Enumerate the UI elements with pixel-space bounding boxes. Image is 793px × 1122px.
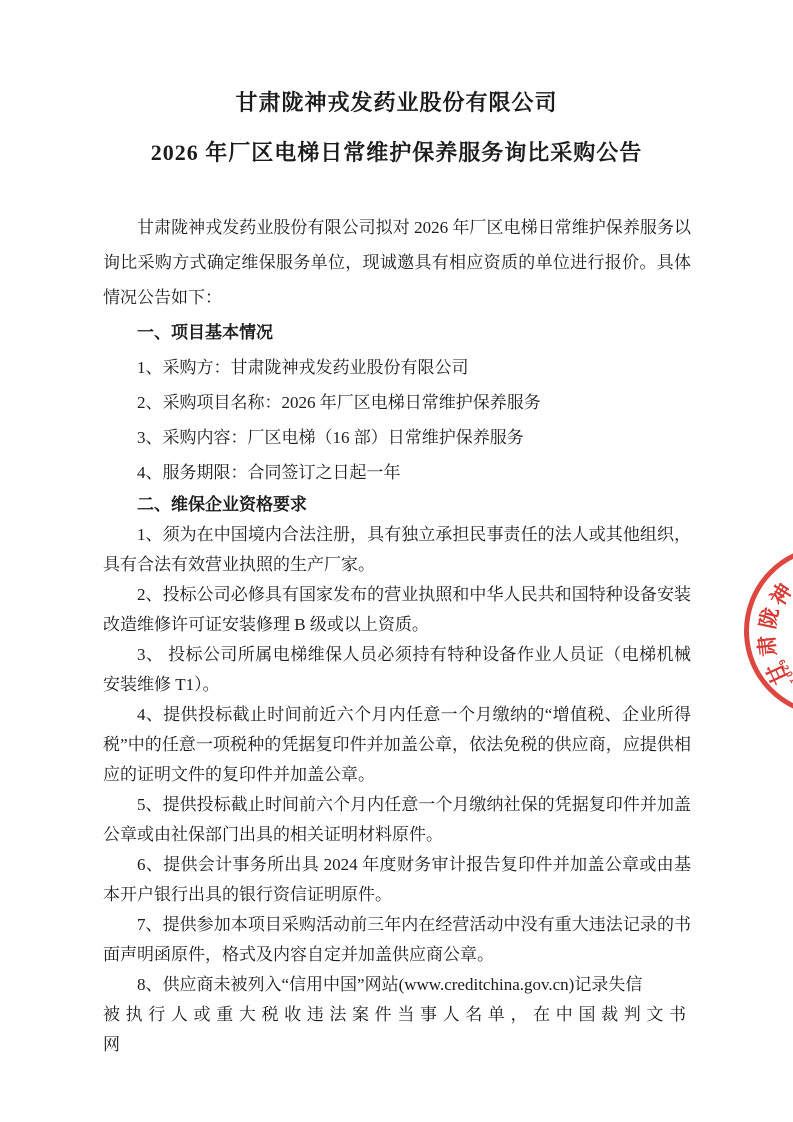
list-item: 2、采购项目名称：2026 年厂区电梯日常维护保养服务 bbox=[103, 385, 691, 420]
official-seal-stamp: 甘 肃 陇 神 6201 bbox=[744, 545, 793, 717]
list-item: 5、提供投标截止时间前六个月内任意一个月缴纳社保的凭据复印件并加盖公章或由社保部… bbox=[103, 790, 691, 850]
document-page: 甘肃陇神戎发药业股份有限公司 2026 年厂区电梯日常维护保养服务询比采购公告 … bbox=[0, 0, 793, 1122]
seal-circle-border bbox=[744, 545, 793, 717]
document-body: 甘肃陇神戎发药业股份有限公司拟对 2026 年厂区电梯日常维护保养服务以询比采购… bbox=[103, 210, 691, 1060]
list-item: 6、提供会计事务所出具 2024 年度财务审计报告复印件并加盖公章或由基本开户银… bbox=[103, 850, 691, 910]
list-item: 1、采购方：甘肃陇神戎发药业股份有限公司 bbox=[103, 350, 691, 385]
list-item: 4、服务期限：合同签订之日起一年 bbox=[103, 455, 691, 490]
section-project-info: 甘肃陇神戎发药业股份有限公司拟对 2026 年厂区电梯日常维护保养服务以询比采购… bbox=[103, 210, 691, 490]
list-item: 8、供应商未被列入“信用中国”网站(www.creditchina.gov.cn… bbox=[103, 970, 691, 1000]
list-item-continued: 被执行人或重大税收违法案件当事人名单，在中国裁判文书网 bbox=[103, 1000, 691, 1060]
section-qualification-requirements: 二、维保企业资格要求 1、须为在中国境内合法注册，具有独立承担民事责任的法人或其… bbox=[103, 490, 691, 1060]
intro-paragraph: 甘肃陇神戎发药业股份有限公司拟对 2026 年厂区电梯日常维护保养服务以询比采购… bbox=[103, 210, 691, 315]
doc-title: 甘肃陇神戎发药业股份有限公司 bbox=[0, 0, 793, 116]
section2-heading: 二、维保企业资格要求 bbox=[103, 490, 691, 520]
section1-heading: 一、项目基本情况 bbox=[103, 315, 691, 350]
seal-char: 肃 bbox=[750, 634, 782, 658]
list-item: 3、采购内容：厂区电梯（16 部）日常维护保养服务 bbox=[103, 420, 691, 455]
list-item: 2、投标公司必修具有国家发布的营业执照和中华人民共和国特种设备安装改造维修许可证… bbox=[103, 580, 691, 640]
list-item: 4、提供投标截止时间前近六个月内任意一个月缴纳的“增值税、企业所得税”中的任意一… bbox=[103, 700, 691, 790]
doc-subtitle: 2026 年厂区电梯日常维护保养服务询比采购公告 bbox=[0, 140, 793, 166]
list-item: 3、 投标公司所属电梯维保人员必须持有特种设备作业人员证（电梯机械安装维修 T1… bbox=[103, 640, 691, 700]
list-item: 7、提供参加本项目采购活动前三年内在经营活动中没有重大违法记录的书面声明函原件，… bbox=[103, 910, 691, 970]
list-item: 1、须为在中国境内合法注册，具有独立承担民事责任的法人或其他组织，具有合法有效营… bbox=[103, 520, 691, 580]
